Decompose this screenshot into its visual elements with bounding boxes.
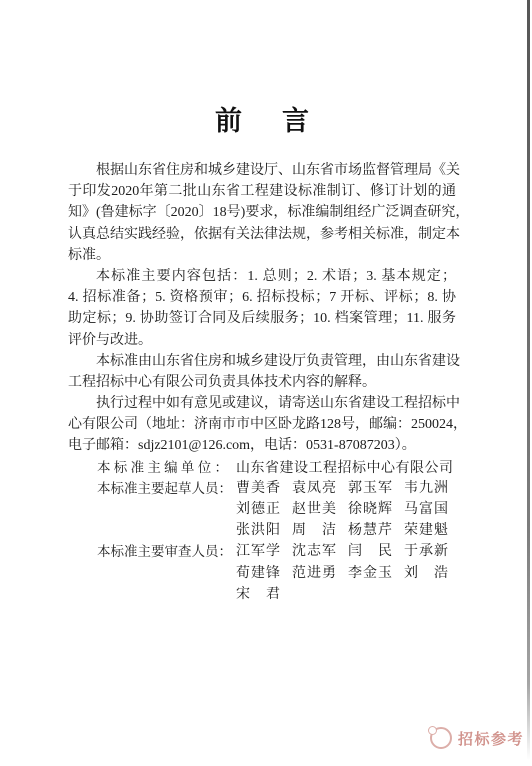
- reviewer-name: 于承新: [404, 541, 448, 562]
- watermark-logo-icon: [430, 727, 452, 749]
- chief-editor-label: 本标准主编单位：: [97, 457, 228, 478]
- drafters-label: 本标准主要起草人员：: [97, 478, 228, 499]
- drafter-name: 徐晓辉: [348, 499, 392, 520]
- watermark-text: 招标参考: [458, 728, 524, 749]
- drafters-names-row2: 刘德正赵世美徐晓辉马富国: [236, 499, 448, 520]
- drafters-row2: 刘德正赵世美徐晓辉马富国: [68, 499, 456, 520]
- paragraph3-line1: 本标准由山东省住房和城乡建设厅负责管理，由山东省建设: [68, 351, 456, 372]
- reviewer-name: 范进勇: [292, 563, 336, 584]
- reviewers-names-row3: 宋君: [236, 584, 280, 605]
- paragraph4-line2: 心有限公司（地址：济南市市中区卧龙路128号，邮编：250024，: [68, 414, 456, 435]
- paragraph1-line2: 于印发2020年第二批山东省工程建设标准制订、修订计划的通: [68, 181, 456, 202]
- paragraph3-line2: 工程招标中心有限公司负责具体技术内容的解释。: [68, 372, 456, 393]
- reviewer-name: 宋君: [236, 584, 280, 605]
- drafter-name: 马富国: [404, 499, 448, 520]
- drafter-name: 张洪阳: [236, 520, 280, 541]
- reviewers-names-row2: 荀建锋范进勇李金玉刘浩: [236, 563, 448, 584]
- drafter-name: 刘德正: [236, 499, 280, 520]
- drafter-name: 曹美香: [236, 478, 280, 499]
- paragraph4-line1: 执行过程中如有意见或建议，请寄送山东省建设工程招标中: [68, 393, 456, 414]
- drafter-name: 赵世美: [292, 499, 336, 520]
- paragraph1-line5: 标准。: [68, 245, 456, 266]
- preface-content: 根据山东省住房和城乡建设厅、山东省市场监督管理局《关 于印发2020年第二批山东…: [68, 160, 456, 605]
- drafter-name: 韦九洲: [404, 478, 448, 499]
- chief-editor-row: 本标准主编单位：山东省建设工程招标中心有限公司: [68, 457, 456, 478]
- reviewers-label: 本标准主要审查人员：: [97, 541, 228, 562]
- title-char-qian: 前: [215, 99, 242, 138]
- drafter-name: 周洁: [292, 520, 336, 541]
- reviewers-row2: 荀建锋范进勇李金玉刘浩: [68, 563, 456, 584]
- drafter-name: 荣建魁: [404, 520, 448, 541]
- reviewer-name: 李金玉: [348, 563, 392, 584]
- paragraph1-line3: 知》(鲁建标字〔2020〕18号)要求，标准编制组经广泛调查研究，: [68, 202, 456, 223]
- reviewer-name: 闫民: [348, 541, 392, 562]
- reviewer-name: 沈志军: [292, 541, 336, 562]
- chief-editor-value: 山东省建设工程招标中心有限公司: [236, 461, 454, 476]
- document-page: 前 言 根据山东省住房和城乡建设厅、山东省市场监督管理局《关 于印发2020年第…: [0, 0, 532, 766]
- reviewers-row3: 宋君: [68, 584, 456, 605]
- paragraph2-line1: 本标准主要内容包括：1. 总则；2. 术语；3. 基本规定；: [68, 266, 456, 287]
- reviewers-names-row1: 江军学沈志军闫民于承新: [236, 541, 448, 562]
- drafter-name: 袁凤亮: [292, 478, 336, 499]
- paragraph1-line4: 认真总结实践经验，依据有关法律法规，参考相关标准，制定本: [68, 224, 456, 245]
- reviewer-name: 刘浩: [404, 563, 448, 584]
- paragraph1-line1: 根据山东省住房和城乡建设厅、山东省市场监督管理局《关: [68, 160, 456, 181]
- title-char-yan: 言: [282, 99, 309, 138]
- watermark: 招标参考: [430, 727, 524, 749]
- reviewer-name: 江军学: [236, 541, 280, 562]
- drafters-names-row3: 张洪阳周洁杨慧芹荣建魁: [236, 520, 448, 541]
- drafters-row3: 张洪阳周洁杨慧芹荣建魁: [68, 520, 456, 541]
- paragraph2-line4: 评价与改进。: [68, 330, 456, 351]
- paragraph4-line3: 电子邮箱：sdjz2101@126.com，电话：0531-87087203）。: [68, 435, 456, 456]
- drafters-names-row1: 曹美香袁凤亮郭玉军韦九洲: [236, 478, 448, 499]
- page-title: 前 言: [68, 99, 456, 138]
- reviewers-row1: 本标准主要审查人员：江军学沈志军闫民于承新: [68, 541, 456, 562]
- drafters-row1: 本标准主要起草人员：曹美香袁凤亮郭玉军韦九洲: [68, 478, 456, 499]
- drafter-name: 杨慧芹: [348, 520, 392, 541]
- drafter-name: 郭玉军: [348, 478, 392, 499]
- reviewer-name: 荀建锋: [236, 563, 280, 584]
- paragraph2-line3: 助定标；9. 协助签订合同及后续服务；10. 档案管理；11. 服务: [68, 308, 456, 329]
- paragraph2-line2: 4. 招标准备；5. 资格预审；6. 招标投标；7 开标、评标；8. 协: [68, 287, 456, 308]
- scan-edge-line: [527, 0, 530, 760]
